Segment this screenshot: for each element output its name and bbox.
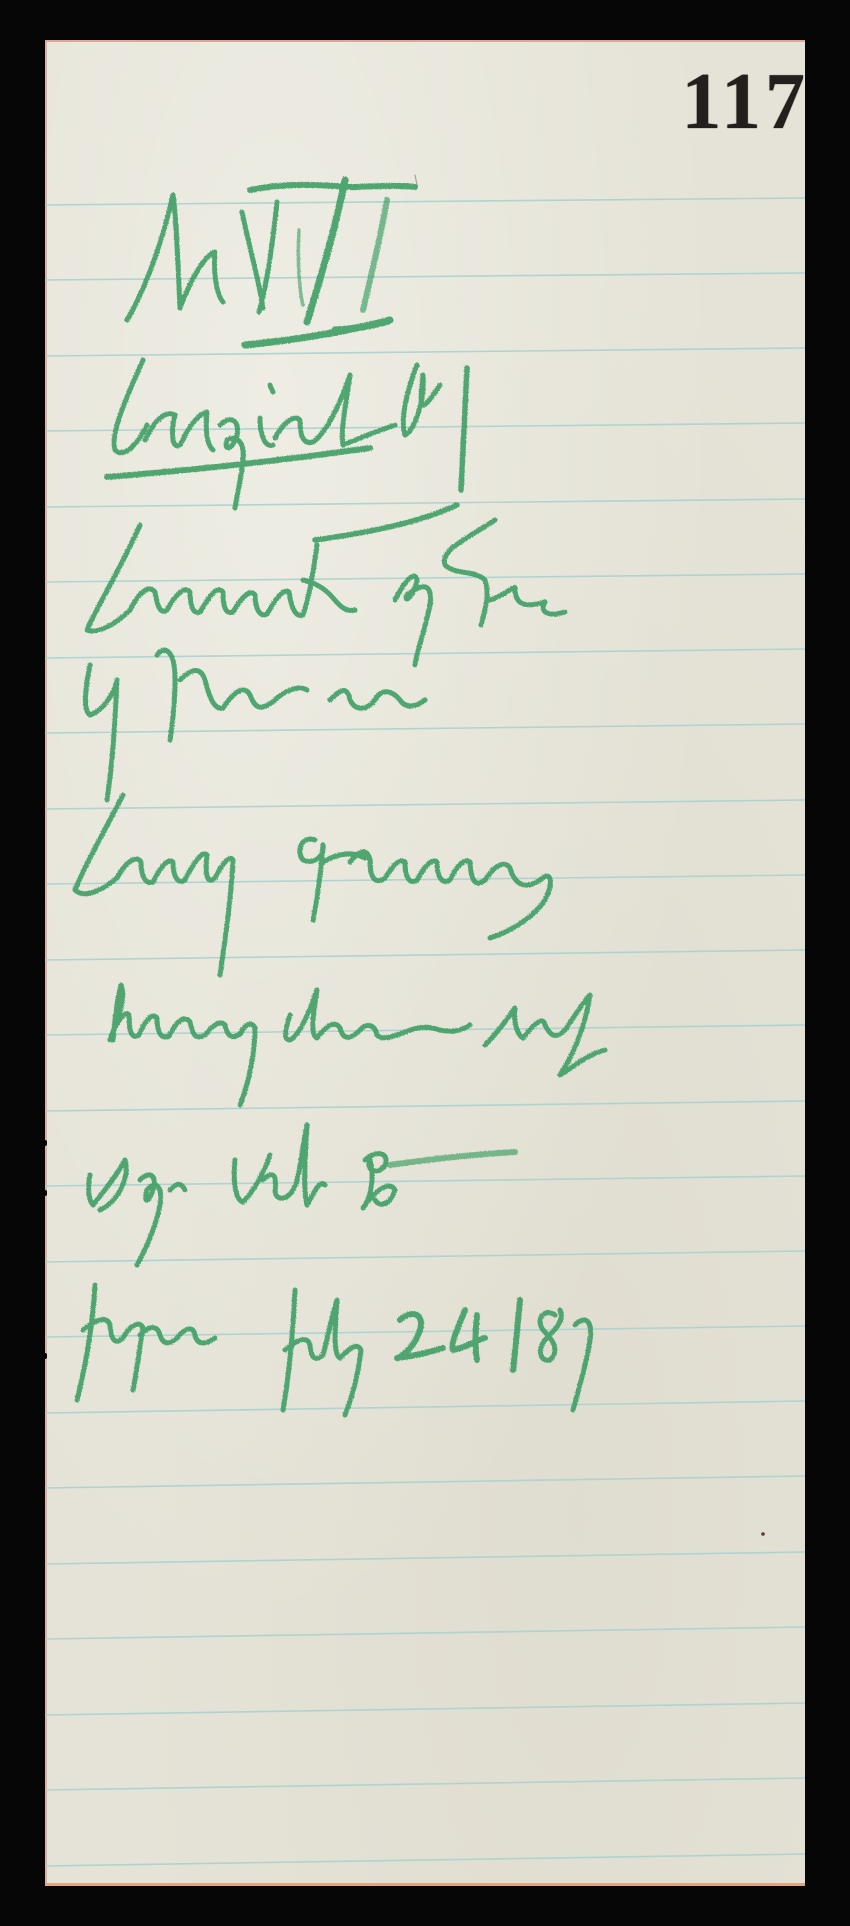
handwriting-line-4 <box>85 650 425 800</box>
handwriting-line-1 <box>127 180 415 345</box>
document-page: 117 <box>45 40 805 1886</box>
handwriting-line-6 <box>110 985 605 1105</box>
handwriting-line-3 <box>87 520 565 665</box>
handwriting-line-8 <box>77 1285 591 1415</box>
handwriting-line-2 <box>107 360 467 540</box>
handwriting-line-7 <box>89 1125 515 1265</box>
handwriting-line-5 <box>75 795 550 975</box>
handwriting <box>45 40 805 1886</box>
